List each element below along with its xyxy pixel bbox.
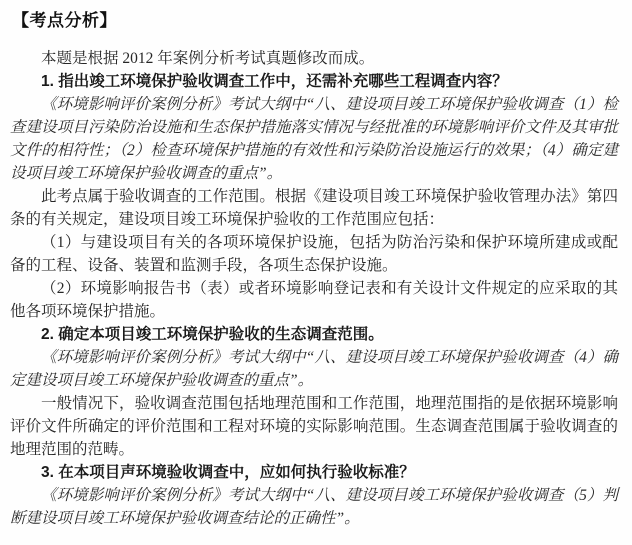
syllabus-quote-2: 《环境影响评价案例分析》考试大纲中“八、建设项目竣工环境保护验收调查（4）确定建… [10, 346, 618, 392]
analysis-paragraph-2: 一般情况下，验收调查范围包括地理范围和工作范围，地理范围指的是依据环境影响评价文… [10, 392, 618, 461]
question-3-heading: 3. 在本项目声环境验收调查中，应如何执行验收标准？ [10, 461, 618, 484]
scope-item-1: （1）与建设项目有关的各项环境保护设施，包括为防治污染和保护环境所建成或配备的工… [10, 231, 618, 277]
question-2-heading: 2. 确定本项目竣工环境保护验收的生态调查范围。 [10, 323, 618, 346]
syllabus-quote-3: 《环境影响评价案例分析》考试大纲中“八、建设项目竣工环境保护验收调查（5）判断建… [10, 484, 618, 530]
section-heading: 【考点分析】 [12, 11, 618, 31]
analysis-paragraph-1: 此考点属于验收调查的工作范围。根据《建设项目竣工环境保护验收管理办法》第四条的有… [10, 185, 618, 231]
question-1-heading: 1. 指出竣工环境保护验收调查工作中，还需补充哪些工程调查内容？ [10, 70, 618, 93]
intro-paragraph: 本题是根据 2012 年案例分析考试真题修改而成。 [10, 47, 618, 70]
syllabus-quote-1: 《环境影响评价案例分析》考试大纲中“八、建设项目竣工环境保护验收调查（1）检查建… [10, 93, 618, 185]
document-page: 【考点分析】 本题是根据 2012 年案例分析考试真题修改而成。 1. 指出竣工… [0, 0, 632, 545]
scope-item-2: （2）环境影响报告书（表）或者环境影响登记表和有关设计文件规定的应采取的其他各项… [10, 277, 618, 323]
